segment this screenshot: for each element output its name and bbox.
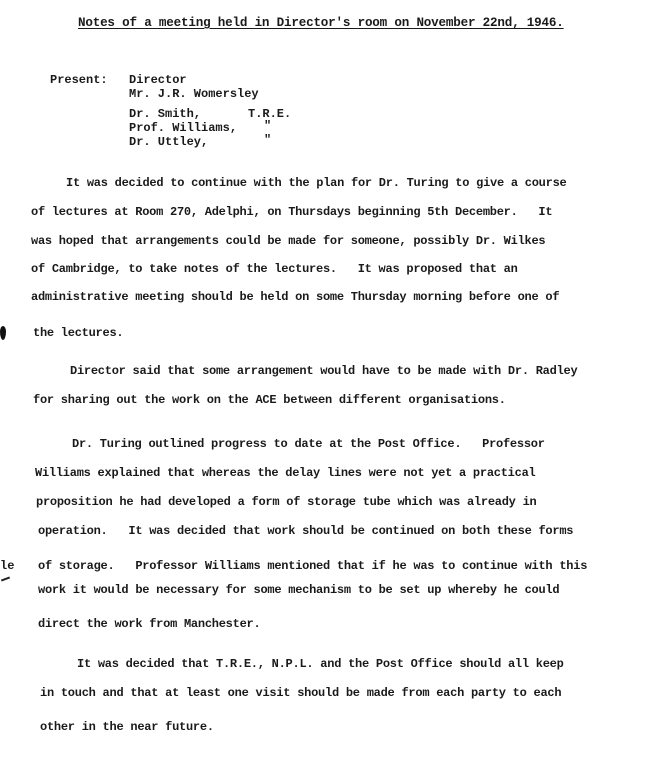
text-line: was hoped that arrangements could be mad… xyxy=(31,234,545,248)
attendee-row: Director xyxy=(129,73,429,87)
attendee-name: Dr. Smith, xyxy=(129,107,201,121)
attendee-name: Dr. Uttley, xyxy=(129,135,208,149)
document-page: Notes of a meeting held in Director's ro… xyxy=(0,0,650,766)
attendee-name: Mr. J.R. Womersley xyxy=(129,87,259,101)
text-line: the lectures. xyxy=(33,326,123,340)
text-line: other in the near future. xyxy=(40,720,214,734)
attendee-org-ditto: " xyxy=(264,133,271,147)
text-line: in touch and that at least one visit sho… xyxy=(40,686,561,700)
present-label: Present: xyxy=(50,73,108,87)
text-line: Director said that some arrangement woul… xyxy=(70,364,577,378)
margin-text-fragment: le xyxy=(0,559,14,573)
text-line: operation. It was decided that work shou… xyxy=(38,524,573,538)
document-title: Notes of a meeting held in Director's ro… xyxy=(78,16,564,30)
text-line: Dr. Turing outlined progress to date at … xyxy=(72,437,545,451)
text-line: of Cambridge, to take notes of the lectu… xyxy=(31,262,518,276)
attendee-list: Director Mr. J.R. Womersley Dr. Smith, T… xyxy=(129,73,429,149)
attendee-name: Prof. Williams, xyxy=(129,121,237,135)
attendee-row: Dr. Smith, T.R.E. xyxy=(129,107,429,121)
ink-blot-mark xyxy=(0,326,6,340)
attendee-name: Director xyxy=(129,73,187,87)
text-line: direct the work from Manchester. xyxy=(38,617,260,631)
text-line: of lectures at Room 270, Adelphi, on Thu… xyxy=(31,205,552,219)
attendee-row: Mr. J.R. Womersley xyxy=(129,87,429,101)
margin-tick-mark xyxy=(1,577,10,582)
text-line: administrative meeting should be held on… xyxy=(31,290,559,304)
text-line: work it would be necessary for some mech… xyxy=(38,583,559,597)
text-line: Williams explained that whereas the dela… xyxy=(35,466,535,480)
text-line: proposition he had developed a form of s… xyxy=(36,495,536,509)
text-line: It was decided to continue with the plan… xyxy=(66,176,566,190)
attendee-org-ditto: " xyxy=(264,119,271,133)
text-line: of storage. Professor Williams mentioned… xyxy=(38,559,587,573)
text-line: for sharing out the work on the ACE betw… xyxy=(33,393,506,407)
text-line: It was decided that T.R.E., N.P.L. and t… xyxy=(77,657,564,671)
attendee-row: Prof. Williams, " xyxy=(129,121,429,135)
attendee-row: Dr. Uttley, " xyxy=(129,135,429,149)
